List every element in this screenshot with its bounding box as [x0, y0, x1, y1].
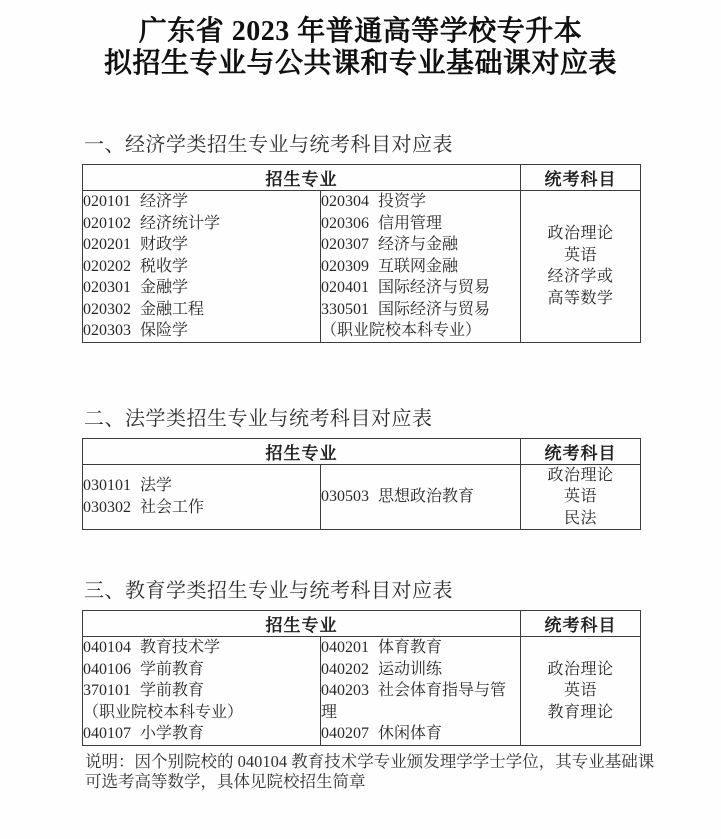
majors-list-left: 020101 经济学020102 经济统计学020201 财政学020202 税…: [83, 191, 321, 343]
text-line: 可选考高等数学，具体见院校招生简章: [85, 772, 721, 793]
text-line: 说明：因个别院校的 040104 教育技术学专业颁发理学学士学位，其专业基础课: [85, 752, 721, 773]
text-line: 020307 经济与金融: [321, 234, 520, 256]
table-header-row: 招生专业 统考科目: [83, 165, 641, 191]
text-line: 高等数学: [521, 288, 640, 310]
table-header-row: 招生专业 统考科目: [83, 611, 641, 637]
text-line: 020303 保险学: [83, 320, 320, 342]
text-line: （职业院校本科专业）: [321, 320, 520, 342]
text-line: （职业院校本科专业）: [83, 702, 320, 724]
title-line-2: 拟招生专业与公共课和专业基础课对应表: [0, 48, 721, 80]
text-line: 040106 学前教育: [83, 659, 320, 681]
text-line: 370101 学前教育: [83, 680, 320, 702]
column-header-subjects: 统考科目: [521, 611, 641, 637]
text-line: 040104 教育技术学: [83, 637, 320, 659]
table-header-row: 招生专业 统考科目: [83, 438, 641, 464]
column-header-subjects: 统考科目: [521, 438, 641, 464]
education-table: 招生专业 统考科目 040104 教育技术学040106 学前教育370101 …: [82, 610, 641, 746]
table-body-row: 020101 经济学020102 经济统计学020201 财政学020202 税…: [83, 191, 641, 343]
text-line: 英语: [521, 680, 640, 702]
column-header-majors: 招生专业: [83, 165, 521, 191]
text-line: 政治理论: [521, 465, 640, 487]
exam-subjects-list: 政治理论英语教育理论: [521, 637, 641, 746]
text-line: 030302 社会工作: [83, 497, 320, 519]
text-line: 020202 税收学: [83, 256, 320, 278]
column-header-majors: 招生专业: [83, 438, 521, 464]
law-table: 招生专业 统考科目 030101 法学030302 社会工作 030503 思想…: [82, 438, 641, 531]
text-line: 020201 财政学: [83, 234, 320, 256]
text-line: 020101 经济学: [83, 191, 320, 213]
title-line-1: 广东省 2023 年普通高等学校专升本: [0, 16, 721, 48]
economics-table: 招生专业 统考科目 020101 经济学020102 经济统计学020201 财…: [82, 164, 641, 343]
section-heading-education: 三、教育学类招生专业与统考科目对应表: [84, 579, 642, 603]
text-line: 教育理论: [521, 702, 640, 724]
text-line: 020306 信用管理: [321, 213, 520, 235]
text-line: 040207 休闲体育: [321, 723, 520, 745]
exam-subjects-list: 政治理论英语民法: [521, 464, 641, 530]
table-body-row: 030101 法学030302 社会工作 030503 思想政治教育 政治理论英…: [83, 464, 641, 530]
majors-list-right: 020304 投资学020306 信用管理020307 经济与金融020309 …: [321, 191, 521, 343]
text-line: 020302 金融工程: [83, 299, 320, 321]
text-line: 030503 思想政治教育: [321, 486, 520, 508]
text-line: 政治理论: [521, 659, 640, 681]
column-header-majors: 招生专业: [83, 611, 521, 637]
section-education: 三、教育学类招生专业与统考科目对应表 招生专业 统考科目 040104 教育技术…: [82, 579, 642, 746]
text-line: 040203 社会体育指导与管理: [321, 680, 520, 723]
majors-list-right: 040201 体育教育040202 运动训练040203 社会体育指导与管理04…: [321, 637, 521, 746]
text-line: 020102 经济统计学: [83, 213, 320, 235]
text-line: 040202 运动训练: [321, 659, 520, 681]
text-line: 020309 互联网金融: [321, 256, 520, 278]
text-line: 020401 国际经济与贸易: [321, 277, 520, 299]
text-line: 040201 体育教育: [321, 637, 520, 659]
document-content: 一、经济学类招生专业与统考科目对应表 招生专业 统考科目 020101 经济学0…: [82, 133, 642, 746]
column-header-subjects: 统考科目: [521, 165, 641, 191]
text-line: 040107 小学教育: [83, 723, 320, 745]
text-line: 政治理论: [521, 223, 640, 245]
majors-list-left: 040104 教育技术学040106 学前教育370101 学前教育（职业院校本…: [83, 637, 321, 746]
document-page: 广东省 2023 年普通高等学校专升本 拟招生专业与公共课和专业基础课对应表 一…: [0, 0, 721, 839]
section-economics: 一、经济学类招生专业与统考科目对应表 招生专业 统考科目 020101 经济学0…: [82, 133, 642, 343]
text-line: 330501 国际经济与贸易: [321, 299, 520, 321]
majors-list-left: 030101 法学030302 社会工作: [83, 464, 321, 530]
text-line: 020301 金融学: [83, 277, 320, 299]
exam-subjects-list: 政治理论英语经济学或高等数学: [521, 191, 641, 343]
text-line: 030101 法学: [83, 475, 320, 497]
text-line: 民法: [521, 508, 640, 530]
section-law: 二、法学类招生专业与统考科目对应表 招生专业 统考科目 030101 法学030…: [82, 407, 642, 531]
footnote: 说明：因个别院校的 040104 教育技术学专业颁发理学学士学位，其专业基础课可…: [85, 752, 721, 793]
majors-list-right: 030503 思想政治教育: [321, 464, 521, 530]
text-line: 英语: [521, 245, 640, 267]
document-title: 广东省 2023 年普通高等学校专升本 拟招生专业与公共课和专业基础课对应表: [0, 16, 721, 80]
table-body-row: 040104 教育技术学040106 学前教育370101 学前教育（职业院校本…: [83, 637, 641, 746]
text-line: 020304 投资学: [321, 191, 520, 213]
text-line: 英语: [521, 486, 640, 508]
text-line: 经济学或: [521, 266, 640, 288]
section-heading-economics: 一、经济学类招生专业与统考科目对应表: [84, 133, 642, 157]
section-heading-law: 二、法学类招生专业与统考科目对应表: [84, 407, 642, 431]
